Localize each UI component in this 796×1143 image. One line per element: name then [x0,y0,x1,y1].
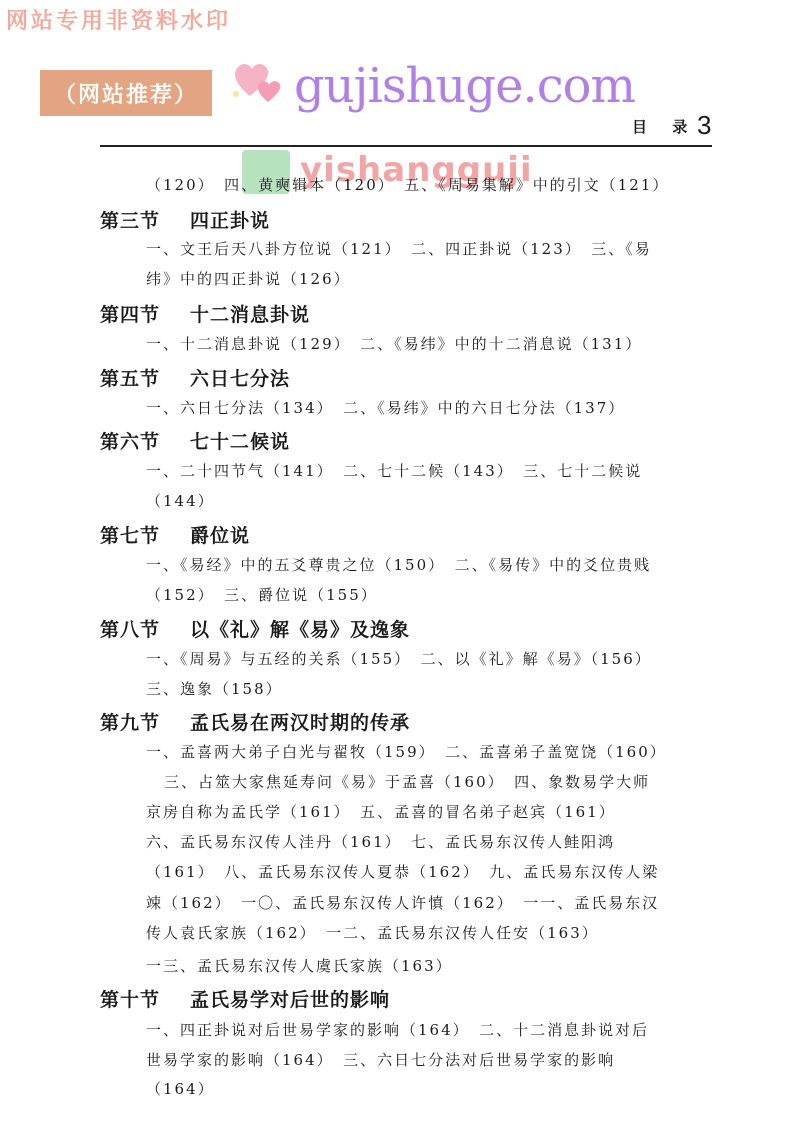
page-number: 3 [697,110,711,141]
section-heading: 第七节爵位说 [100,521,250,548]
section-heading: 第六节七十二候说 [100,427,290,454]
section-title: 四正卦说 [190,210,270,232]
section-number: 第五节 [100,364,190,391]
toc-entry-line: 一、十二消息卦说（129） 二、《易纬》中的十二消息说（131） [146,333,642,354]
section-heading: 第五节六日七分法 [100,364,290,391]
section-heading: 第八节以《礼》解《易》及逸象 [100,615,410,642]
toc-entry-line: 一、二十四节气（141） 二、七十二候（143） 三、七十二候说 [146,460,642,481]
toc-entry-line: 京房自称为孟氏学（161） 五、孟喜的冒名弟子赵宾（161） [146,801,616,822]
section-heading: 第三节四正卦说 [100,206,270,233]
toc-entry-line: （152） 三、爵位说（155） [146,584,378,605]
toc-entry-line: 六、孟氏易东汉传人洼丹（161） 七、孟氏易东汉传人鲑阳鸿 [146,831,615,852]
section-heading: 第九节孟氏易在两汉时期的传承 [100,708,410,735]
toc-entry-line: 一、文王后天八卦方位说（121） 二、四正卦说（123） 三、《易 [146,238,652,259]
section-number: 第七节 [100,521,190,548]
toc-entry-line: （144） [146,490,215,511]
toc-entry-line: 一、孟喜两大弟子白光与翟牧（159） 二、孟喜弟子盖宽饶（160） [146,741,667,762]
watermark-top-text: 网站专用非资料水印 [6,4,231,35]
section-number: 第四节 [100,300,190,327]
running-head: 目 录 [632,116,697,137]
toc-entry-line: 一、六日七分法（134） 二、《易纬》中的六日七分法（137） [146,397,625,418]
section-title: 孟氏易学对后世的影响 [190,989,390,1011]
section-number: 第八节 [100,615,190,642]
toc-entry-line: 一三、孟氏易东汉传人虞氏家族（163） [146,955,453,976]
hearts-icon [230,56,290,106]
toc-entry-line: 传人袁氏家族（162） 一二、孟氏易东汉传人任安（163） [146,922,599,943]
toc-entry-line: 一、《周易》与五经的关系（155） 二、以《礼》解《易》（156） [146,648,652,669]
toc-entry-line: （161） 八、孟氏易东汉传人夏恭（162） 九、孟氏易东汉传人梁 [146,861,659,882]
toc-entry-line: 一、《易经》中的五爻尊贵之位（150） 二、《易传》中的爻位贵贱 [146,554,651,575]
watermark-badge: （网站推荐） [40,70,212,116]
toc-entry-line: （120） 四、黄奭辑本（120） 五、《周易集解》中的引文（121） [146,174,669,195]
section-title: 六日七分法 [190,368,290,390]
section-title: 孟氏易在两汉时期的传承 [190,712,410,734]
section-number: 第三节 [100,206,190,233]
toc-entry-line: 世易学家的影响（164） 三、六日七分法对后世易学家的影响 [146,1049,615,1070]
section-number: 第九节 [100,708,190,735]
toc-entry-line: 竦（162） 一〇、孟氏易东汉传人许慎（162） 一一、孟氏易东汉 [146,892,659,913]
toc-entry-line: 三、逸象（158） [146,678,283,699]
section-title: 十二消息卦说 [190,304,310,326]
toc-entry-line: （164） [146,1078,215,1099]
toc-entry-line: 三、占筮大家焦延寿问《易》于孟喜（160） 四、象数易学大师 [164,771,650,792]
toc-entry-line: 一、四正卦说对后世易学家的影响（164） 二、十二消息卦说对后 [146,1019,649,1040]
section-title: 爵位说 [190,525,250,547]
toc-entry-line: 纬》中的四正卦说（126） [146,268,351,289]
watermark-site: gujishuge.com [294,58,635,114]
section-heading: 第四节十二消息卦说 [100,300,310,327]
section-number: 第十节 [100,985,190,1012]
section-title: 七十二候说 [190,431,290,453]
header-rule [100,145,712,147]
section-heading: 第十节孟氏易学对后世的影响 [100,985,390,1012]
section-number: 第六节 [100,427,190,454]
section-title: 以《礼》解《易》及逸象 [190,619,410,641]
